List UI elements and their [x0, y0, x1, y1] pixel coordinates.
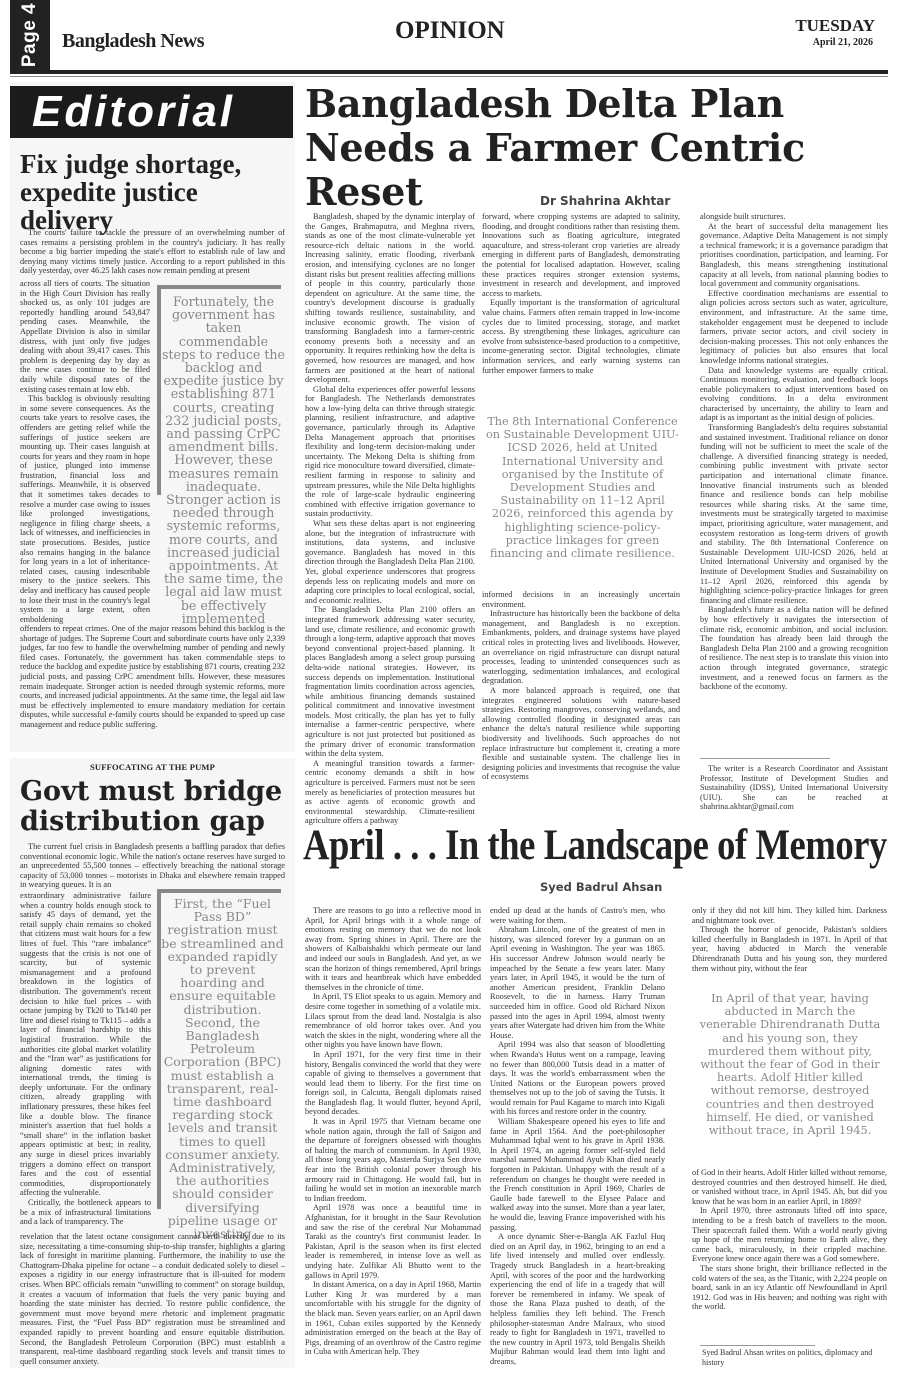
- fuel-kicker: SUFFOCATING AT THE PUMP: [20, 762, 285, 772]
- fuel-pullquote: First, the “Fuel Pass BD” registration m…: [160, 897, 285, 1240]
- bio-divider: [700, 1345, 815, 1346]
- editorial-continuation: offenders to repeat crimes. One of the m…: [20, 624, 285, 730]
- paragraph: The current fuel crisis in Bangladesh pr…: [20, 842, 285, 890]
- issue-day: TUESDAY: [795, 16, 875, 36]
- april-column-3-continued: of God in their hearts. Adolf Hitler kil…: [692, 1168, 887, 1312]
- masthead-rule-thin: [10, 76, 888, 77]
- delta-column-2-continued: informed decisions in an increasingly un…: [482, 590, 680, 782]
- paragraph: Transforming Bangladesh's delta requires…: [700, 423, 888, 605]
- page-number-tab: Page 4: [10, 0, 50, 70]
- paragraph: Infrastructure has historically been the…: [482, 609, 680, 686]
- paragraph: In April, TS Eliot speaks to us again. M…: [305, 992, 481, 1050]
- paragraph: Bangladesh, shaped by the dynamic interp…: [305, 212, 475, 385]
- fuel-headline: Govt must bridge distribution gap: [20, 777, 290, 837]
- paragraph: A once dynamic Sher-e-Bangla AK Fazlul H…: [490, 1232, 665, 1366]
- bio-divider: [700, 758, 830, 759]
- paragraph: The writer is a Research Coordinator and…: [700, 764, 888, 812]
- paragraph: In April 1970, three astronauts lifted o…: [692, 1206, 887, 1264]
- delta-pullquote: The 8th International Conference on Sust…: [485, 415, 680, 560]
- issue-date: April 21, 2026: [813, 37, 873, 48]
- april-pullquote: In April of that year, having abducted i…: [695, 992, 885, 1137]
- section-title: OPINION: [395, 17, 505, 45]
- paragraph: Effective coordination mechanisms are es…: [700, 289, 888, 366]
- april-column-2: ended up dead at the hands of Castro's m…: [490, 906, 665, 1367]
- paragraph: ended up dead at the hands of Castro's m…: [490, 906, 665, 925]
- paragraph: extraordinary administrative failure whe…: [20, 891, 151, 1198]
- paragraph: There are reasons to go into a reflectiv…: [305, 906, 481, 992]
- april-author-bio: Syed Badrul Ahsan writes on politics, di…: [702, 1348, 882, 1367]
- paragraph: alongside built structures.: [700, 212, 888, 222]
- paragraph: of God in their hearts. Adolf Hitler kil…: [692, 1168, 887, 1206]
- paragraph: At the heart of successful delta managem…: [700, 222, 888, 289]
- paragraph: revelation that the latest octane consig…: [20, 1232, 285, 1366]
- paragraph: William Shakespeare opened his eyes to l…: [490, 1117, 665, 1232]
- paragraph: A more balanced approach is required, on…: [482, 686, 680, 782]
- masthead: Page 4 Bangladesh News OPINION TUESDAY A…: [10, 0, 887, 72]
- paragraph: Through the horror of genocide, Pakistan…: [692, 925, 887, 973]
- paragraph: Abraham Lincoln, one of the greatest of …: [490, 925, 665, 1040]
- editorial-column: across all tiers of courts. The situatio…: [20, 279, 150, 624]
- delta-byline: Dr Shahrina Akhtar: [540, 194, 670, 208]
- delta-column-3: alongside built structures. At the heart…: [700, 212, 888, 692]
- fuel-intro: The current fuel crisis in Bangladesh pr…: [20, 842, 285, 890]
- paragraph: In April 1971, for the very first time i…: [305, 1050, 481, 1117]
- masthead-rule: [10, 70, 888, 74]
- newspaper-brand: Bangladesh News: [62, 30, 204, 53]
- paragraph: April 1994 was also that season of blood…: [490, 1040, 665, 1117]
- paragraph: A meaningful transition towards a farmer…: [305, 759, 475, 826]
- paragraph: What sets these deltas apart is not engi…: [305, 519, 475, 605]
- april-headline: April . . . In the Landscape of Memory: [303, 822, 805, 870]
- paragraph: offenders to repeat crimes. One of the m…: [20, 624, 285, 730]
- delta-author-bio: The writer is a Research Coordinator and…: [700, 764, 888, 812]
- paragraph: It was in April 1975 that Vietnam became…: [305, 1117, 481, 1203]
- paragraph: In distant America, on a day in April 19…: [305, 1280, 481, 1357]
- paragraph: across all tiers of courts. The situatio…: [20, 279, 150, 394]
- april-byline: Syed Badrul Ahsan: [540, 880, 662, 894]
- paragraph: The stars shone bright, their brilliance…: [692, 1264, 887, 1312]
- paragraph: only if they did not kill him. They kill…: [692, 906, 887, 925]
- paragraph: forward, where cropping systems are adap…: [482, 212, 680, 298]
- editorial-intro: The courts' failure to tackle the pressu…: [20, 228, 285, 276]
- editorial-headline: Fix judge shortage, expedite justice del…: [20, 150, 290, 234]
- fuel-column: extraordinary administrative failure whe…: [20, 891, 151, 1227]
- april-column-1: There are reasons to go into a reflectiv…: [305, 906, 481, 1357]
- editorial-banner: Editorial: [10, 86, 293, 138]
- paragraph: The Bangladesh Delta Plan 2100 offers an…: [305, 605, 475, 759]
- fuel-continuation: revelation that the latest octane consig…: [20, 1232, 285, 1366]
- paragraph: This backlog is obviously resulting in s…: [20, 394, 150, 624]
- paragraph: Equally important is the transformation …: [482, 298, 680, 375]
- paragraph: Data and knowledge systems are equally c…: [700, 366, 888, 424]
- delta-column-1: Bangladesh, shaped by the dynamic interp…: [305, 212, 475, 826]
- paragraph: Global delta experiences offer powerful …: [305, 385, 475, 519]
- delta-column-2: forward, where cropping systems are adap…: [482, 212, 680, 375]
- editorial-pullquote: Fortunately, the government has taken co…: [161, 295, 286, 625]
- paragraph: Bangladesh's future as a delta nation wi…: [700, 605, 888, 691]
- paragraph: The courts' failure to tackle the pressu…: [20, 228, 285, 276]
- paragraph: April 1978 was once a beautiful time in …: [305, 1203, 481, 1280]
- paragraph: informed decisions in an increasingly un…: [482, 590, 680, 609]
- paragraph: Critically, the bottleneck appears to be…: [20, 1198, 151, 1227]
- april-column-3: only if they did not kill him. They kill…: [692, 906, 887, 973]
- page-label: Page 4: [19, 3, 41, 67]
